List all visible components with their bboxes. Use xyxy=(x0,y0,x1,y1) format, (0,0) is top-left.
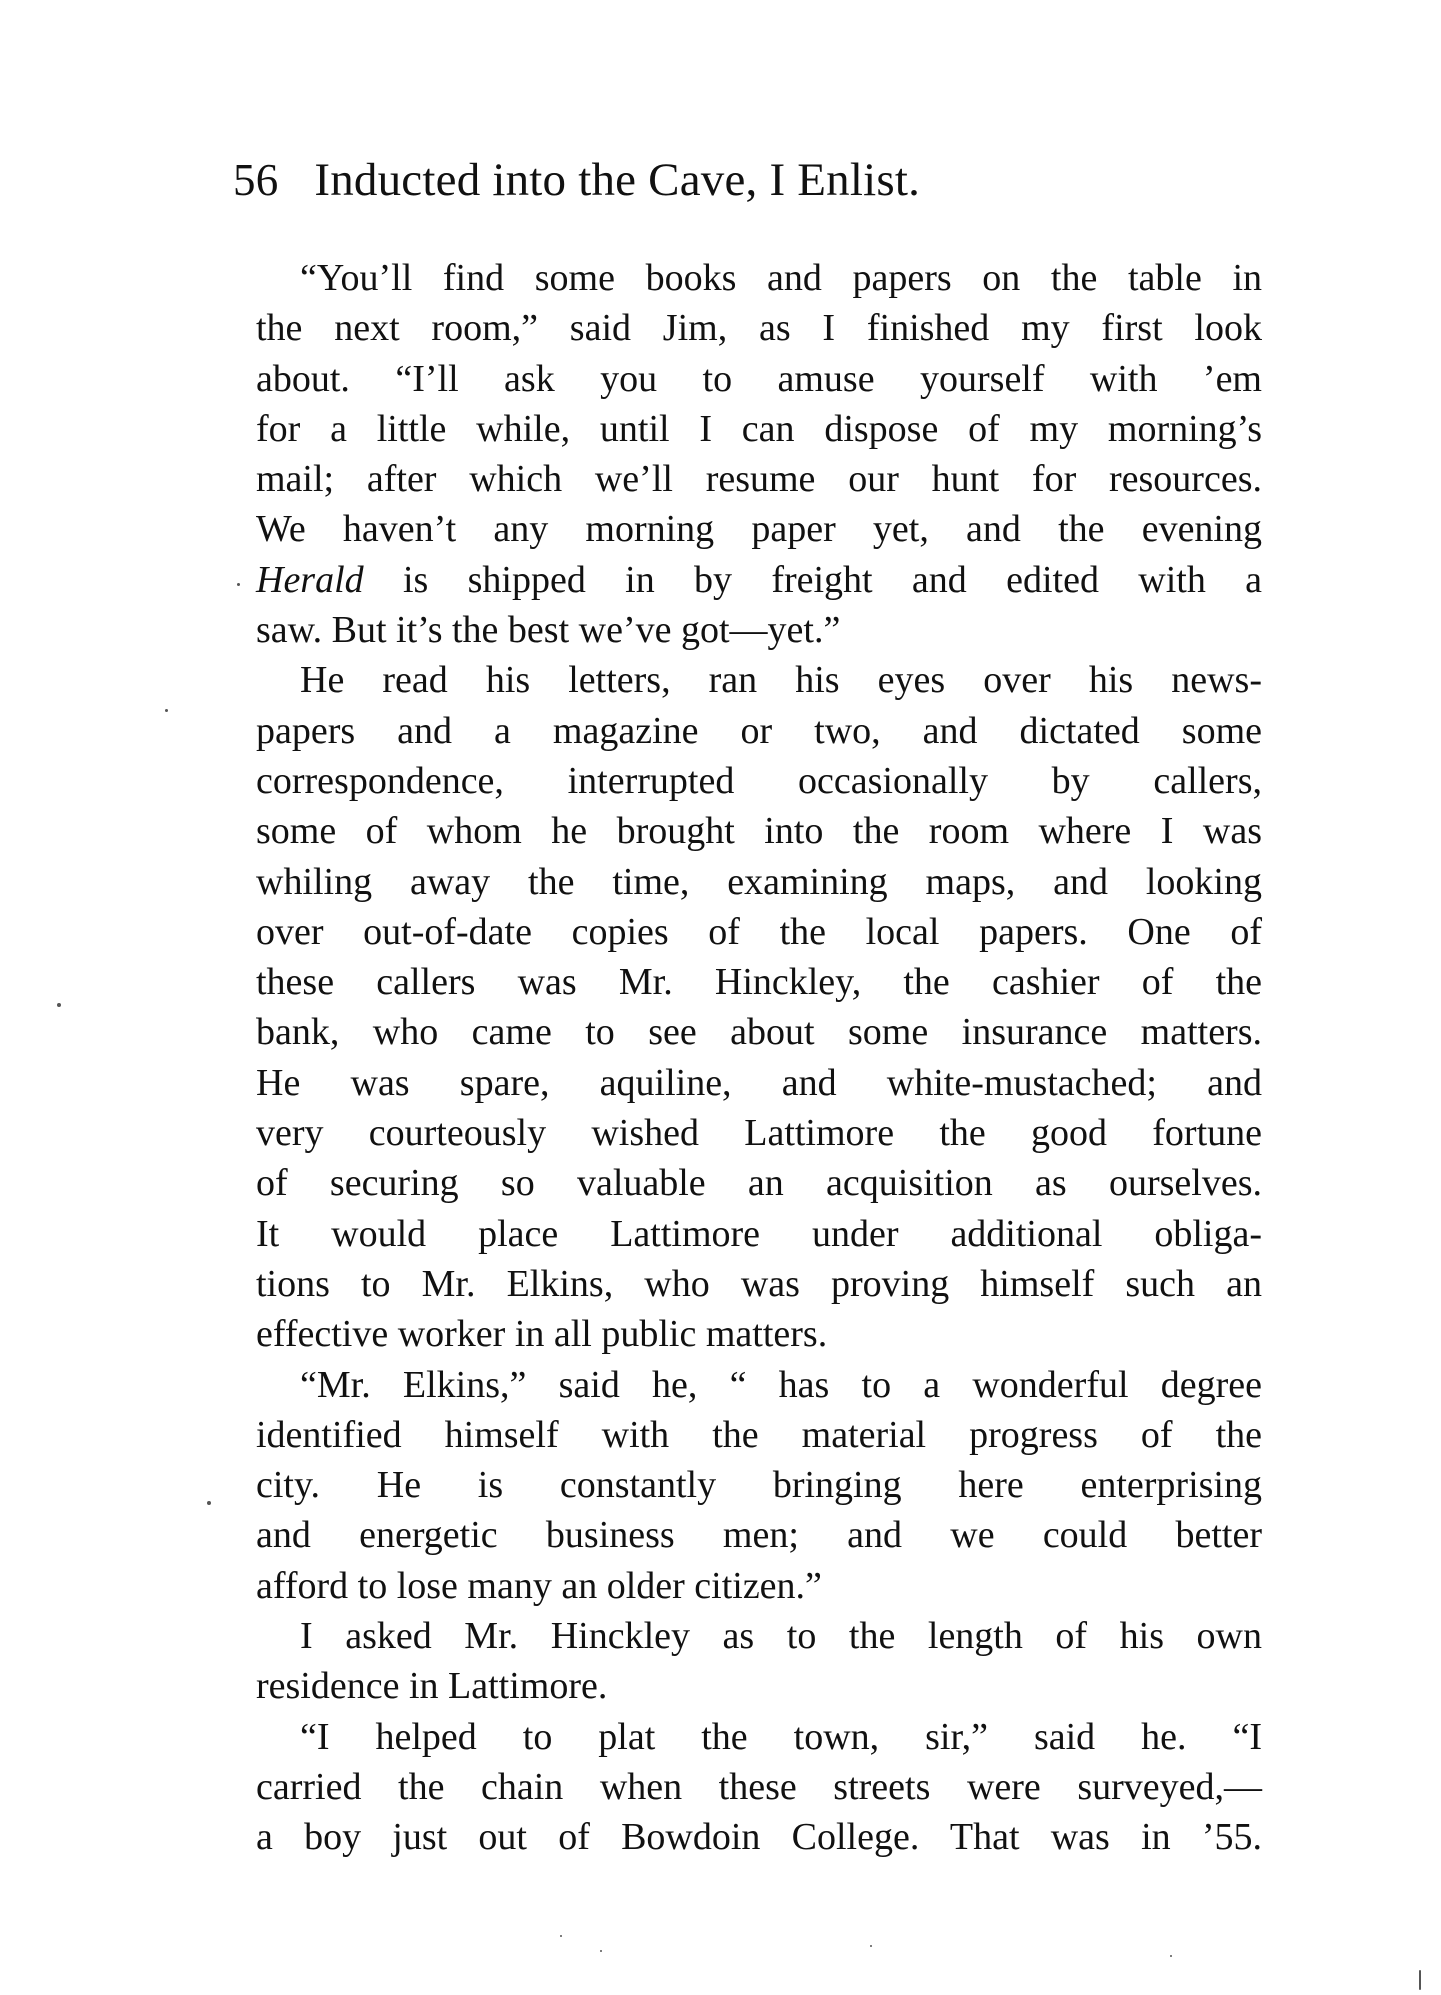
text-line: We haven’t any morning paper yet, and th… xyxy=(256,504,1262,554)
book-page: 56 Inducted into the Cave, I Enlist. “Yo… xyxy=(0,0,1441,1995)
text-line: and energetic business men; and we could… xyxy=(256,1510,1262,1560)
text-line: afford to lose many an older citizen.” xyxy=(256,1561,1262,1611)
text-line: a boy just out of Bowdoin College. That … xyxy=(256,1812,1262,1862)
text-line: saw. But it’s the best we’ve got—yet.” xyxy=(256,605,1262,655)
text-line: about. “I’ll ask you to amuse yourself w… xyxy=(256,354,1262,404)
text-line: “Mr. Elkins,” said he, “ has to a wonder… xyxy=(256,1360,1262,1410)
text-line: Herald is shipped in by freight and edit… xyxy=(256,555,1262,605)
text-line: “You’ll find some books and papers on th… xyxy=(256,253,1262,303)
text-line: city. He is constantly bringing here ent… xyxy=(256,1460,1262,1510)
scan-speck xyxy=(1419,1970,1421,1990)
text-line: He was spare, aquiline, and white-mustac… xyxy=(256,1058,1262,1108)
italic-herald: Herald xyxy=(256,559,364,601)
scan-speck xyxy=(600,1950,602,1952)
text-line: “I helped to plat the town, sir,” said h… xyxy=(256,1712,1262,1762)
text-line: of securing so valuable an acquisition a… xyxy=(256,1158,1262,1208)
text-line: these callers was Mr. Hinckley, the cash… xyxy=(256,957,1262,1007)
text-line: It would place Lattimore under additiona… xyxy=(256,1209,1262,1259)
running-head: 56 Inducted into the Cave, I Enlist. xyxy=(233,150,1033,210)
text-line: tions to Mr. Elkins, who was proving him… xyxy=(256,1259,1262,1309)
text-line: mail; after which we’ll resume our hunt … xyxy=(256,454,1262,504)
text-line: identified himself with the material pro… xyxy=(256,1410,1262,1460)
text-line: some of whom he brought into the room wh… xyxy=(256,806,1262,856)
scan-speck xyxy=(560,1935,562,1937)
scan-speck xyxy=(165,709,168,712)
chapter-title: Inducted into the Cave, I Enlist. xyxy=(314,150,920,210)
text-line: over out-of-date copies of the local pap… xyxy=(256,907,1262,957)
text-line: very courteously wished Lattimore the go… xyxy=(256,1108,1262,1158)
text-line: bank, who came to see about some insuran… xyxy=(256,1007,1262,1057)
text-line: I asked Mr. Hinckley as to the length of… xyxy=(256,1611,1262,1661)
scan-speck xyxy=(870,1945,872,1947)
body-text: “You’ll find some books and papers on th… xyxy=(256,253,1262,1863)
text-line: He read his letters, ran his eyes over h… xyxy=(256,655,1262,705)
scan-speck xyxy=(1170,1955,1172,1957)
text-line: whiling away the time, examining maps, a… xyxy=(256,857,1262,907)
scan-speck xyxy=(207,1501,211,1505)
scan-speck xyxy=(57,1003,61,1007)
text-line: for a little while, until I can dispose … xyxy=(256,404,1262,454)
scan-speck xyxy=(237,583,240,586)
text-line: carried the chain when these streets wer… xyxy=(256,1762,1262,1812)
text-line: correspondence, interrupted occasionally… xyxy=(256,756,1262,806)
text-line: residence in Lattimore. xyxy=(256,1661,1262,1711)
text-line: effective worker in all public matters. xyxy=(256,1309,1262,1359)
text-line: the next room,” said Jim, as I finished … xyxy=(256,303,1262,353)
page-number: 56 xyxy=(233,150,278,210)
text-line: papers and a magazine or two, and dictat… xyxy=(256,706,1262,756)
